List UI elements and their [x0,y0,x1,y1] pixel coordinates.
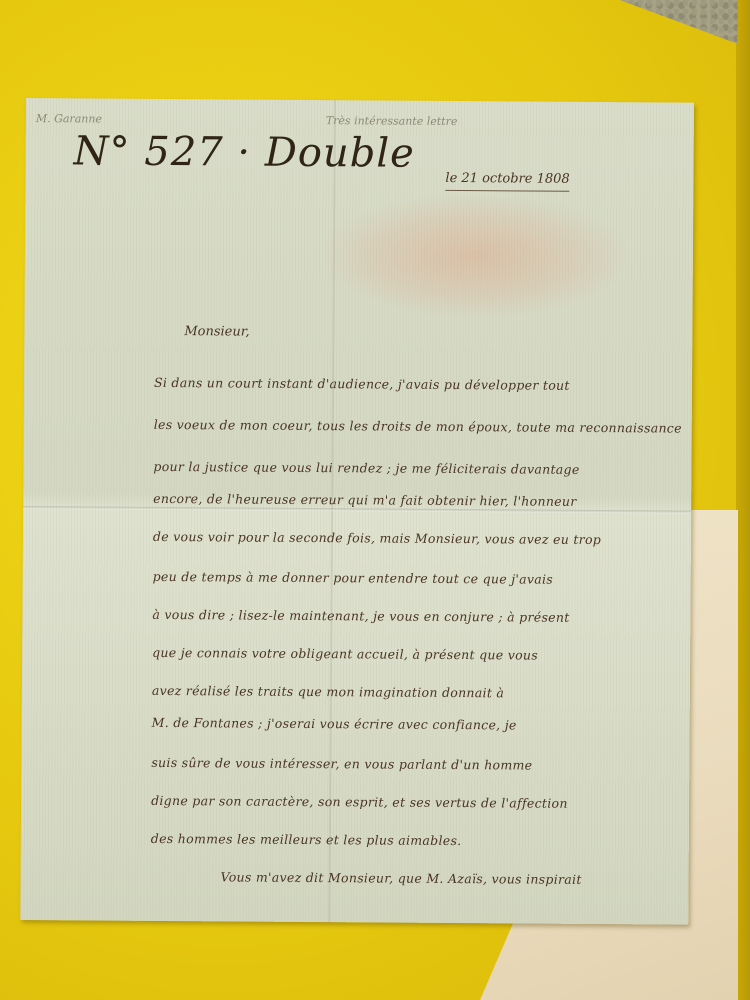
body-line: à vous dire ; lisez-le maintenant, je vo… [152,607,569,625]
handwritten-letter: M. Garanne Très intéressante lettre N° 5… [20,98,694,925]
body-line: peu de temps à me donner pour entendre t… [153,569,553,587]
red-stain [324,195,625,317]
salutation: Monsieur, [184,324,249,339]
body-line: les voeux de mon coeur, tous les droits … [154,417,682,436]
body-line: des hommes les meilleurs et les plus aim… [151,831,462,848]
body-line: encore, de l'heureuse erreur qui m'a fai… [153,491,576,509]
body-line: que je connais votre obligeant accueil, … [152,645,538,663]
body-line: digne par son caractère, son esprit, et … [151,793,568,811]
body-line: pour la justice que vous lui rendez ; je… [153,459,579,477]
body-line: suis sûre de vous intéresser, en vous pa… [151,755,532,773]
letter-date: le 21 octobre 1808 [445,171,569,192]
body-line: Si dans un court instant d'audience, j'a… [154,375,570,393]
body-line: avez réalisé les traits que mon imaginat… [152,683,504,700]
body-line: Vous m'avez dit Monsieur, que M. Azaïs, … [221,869,582,887]
pencil-note-left: M. Garanne [36,112,102,125]
body-line: M. de Fontanes ; j'oserai vous écrire av… [152,715,517,733]
right-edge-shadow [736,0,750,1000]
letter-reference: N° 527 · Double [73,128,415,176]
body-line: de vous voir pour la seconde fois, mais … [153,529,601,547]
pencil-note-top: Très intéressante lettre [326,114,458,128]
